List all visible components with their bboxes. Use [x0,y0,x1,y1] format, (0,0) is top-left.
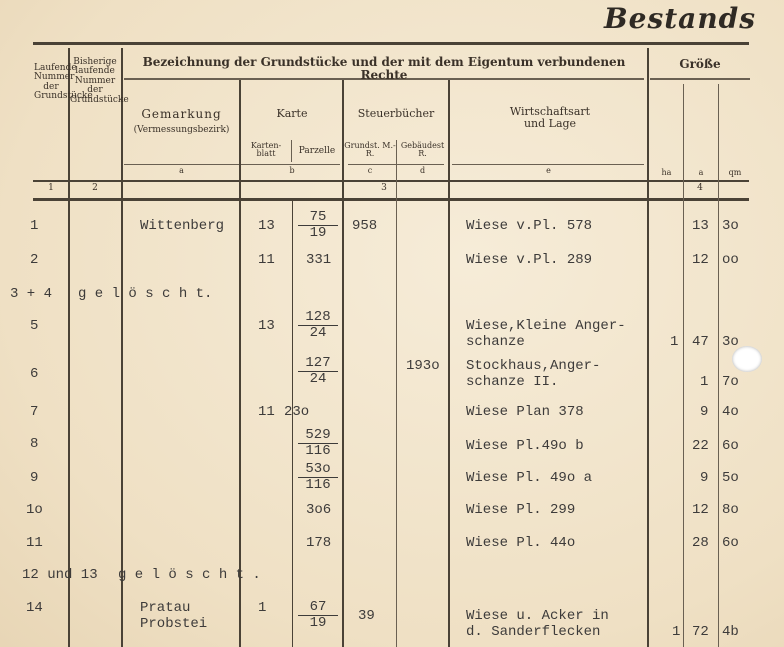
col-number-2: 2 [70,184,120,193]
row-14-nr: 14 [26,600,43,616]
header-bisherige-nummer: Bisherige laufende Nummer der Grundstück… [70,58,120,105]
row-7-lage: Wiese Plan 378 [466,404,584,420]
groesse-rule [650,78,750,80]
row-14-qm: 4b [722,624,739,640]
header-wirtschaftsart: Wirtschaftsart und Lage [500,106,600,129]
row-9-lage: Wiese Pl. 49o a [466,470,592,486]
sub-label-e: e [450,167,647,175]
row-1-lage: Wiese v.Pl. 578 [466,218,592,234]
header-bezeichnung: Bezeichnung der Grundstücke und der mit … [124,56,644,81]
col-number-4: 4 [650,184,750,193]
row-6-gebaeudesteuer: 193o [406,358,440,374]
row-14-grundsteuer: 39 [358,608,375,624]
sub-letter-rule-b [244,164,340,165]
row-1-kartenblatt: 13 [258,218,275,234]
row-6-qm: 7o [722,374,739,390]
header-steuerbuecher: Steuerbücher [344,108,448,120]
row-2-parzelle: 331 [306,252,331,268]
sub-label-a: a [124,167,239,175]
punch-hole [732,346,762,372]
col-number-1: 1 [34,184,68,193]
row-2-lage: Wiese v.Pl. 289 [466,252,592,268]
row-1-qm: 3o [722,218,739,234]
col-number-3: 3 [124,184,644,193]
header-kartenblatt: Karten-blatt [242,142,290,159]
row-1-gemarkung: Wittenberg [140,218,224,234]
row-2-nr: 2 [30,252,38,268]
sub-label-d: d [397,167,448,175]
row-9-nr: 9 [30,470,38,486]
row-6-a: 1 [700,374,708,390]
row-12-13-nr: 12 und 13 [22,567,98,583]
row-9-a: 9 [700,470,708,486]
row-14-gemarkung: Pratau Probstei [140,600,207,632]
row-14-lage: Wiese u. Acker in d. Sanderflecken [466,608,609,640]
row-2-qm: oo [722,252,739,268]
row-2-kartenblatt: 11 [258,252,275,268]
body-top-rule [33,198,749,201]
row-1-parzelle: 7519 [298,210,338,241]
row-10-nr: 1o [26,502,43,518]
row-5-ha: 1 [670,334,678,350]
row-11-qm: 6o [722,535,739,551]
header-gemarkung: Gemarkung [124,108,239,121]
row-10-qm: 8o [722,502,739,518]
row-8-qm: 6o [722,438,739,454]
unit-a: a [684,169,718,177]
row-2-a: 12 [692,252,709,268]
col-divider-c [396,140,397,647]
top-rule [33,42,749,45]
header-vermessungsbezirk: (Vermessungsbezirk) [124,126,239,135]
row-8-a: 22 [692,438,709,454]
row-14-parzelle: 6719 [298,600,338,631]
row-12-13-deleted-note: g e l ö s c h t . [118,567,261,583]
column-number-rule [33,180,749,182]
row-8-nr: 8 [30,436,38,452]
col-divider-d [448,80,450,647]
row-11-a: 28 [692,535,709,551]
col-divider-1 [68,48,70,647]
row-9-qm: 5o [722,470,739,486]
sub-label-c: c [344,167,396,175]
row-5-lage: Wiese,Kleine Anger- schanze [466,318,626,350]
row-6-parzelle: 12724 [298,356,338,387]
unit-ha: ha [650,169,683,177]
row-11-lage: Wiese Pl. 44o [466,535,575,551]
row-1-nr: 1 [30,218,38,234]
row-5-kartenblatt: 13 [258,318,275,334]
col-divider-2 [121,48,123,647]
row-14-kartenblatt: 1 [258,600,266,616]
row-5-a: 47 [692,334,709,350]
col-divider-e [647,48,649,647]
row-11-nr: 11 [26,535,43,551]
row-7-parzelle: 23o [284,404,309,420]
row-7-kartenblatt: 11 [258,404,275,420]
row-7-nr: 7 [30,404,38,420]
row-3-4-nr: 3 + 4 [10,286,52,302]
row-1-grundsteuer: 958 [352,218,377,234]
row-5-qm: 3o [722,334,739,350]
row-9-parzelle: 53o116 [298,462,338,493]
header-grundsteuer: Grundst. M.-R. [344,142,396,159]
row-8-lage: Wiese Pl.49o b [466,438,584,454]
sub-label-b: b [242,167,342,175]
page-title: Bestands [604,2,756,35]
row-14-ha: 1 [672,624,680,640]
header-laufende-nummer: Laufende Nummer der Grundstücke [34,64,68,102]
row-6-nr: 6 [30,366,38,382]
unit-qm: qm [719,169,751,177]
row-5-parzelle: 12824 [298,310,338,341]
row-3-4-deleted-note: g e l ö s c h t. [78,286,212,302]
row-10-a: 12 [692,502,709,518]
row-1-a: 13 [692,218,709,234]
row-5-nr: 5 [30,318,38,334]
header-groesse: Größe [650,58,750,71]
header-parzelle: Parzelle [292,147,342,156]
col-divider-b [342,80,344,647]
col-divider-a [239,80,241,647]
row-10-parzelle: 3o6 [306,502,331,518]
row-11-parzelle: 178 [306,535,331,551]
row-7-qm: 4o [722,404,739,420]
header-karte: Karte [242,108,342,120]
sub-letter-rule-e [452,164,644,165]
row-14-a: 72 [692,624,709,640]
row-10-lage: Wiese Pl. 299 [466,502,575,518]
header-gebaeudesteuer: Gebäudest R. [397,142,448,159]
row-8-parzelle: 529116 [298,428,338,459]
row-7-a: 9 [700,404,708,420]
row-6-lage: Stockhaus,Anger- schanze II. [466,358,600,390]
col-divider-parzelle [292,200,293,647]
